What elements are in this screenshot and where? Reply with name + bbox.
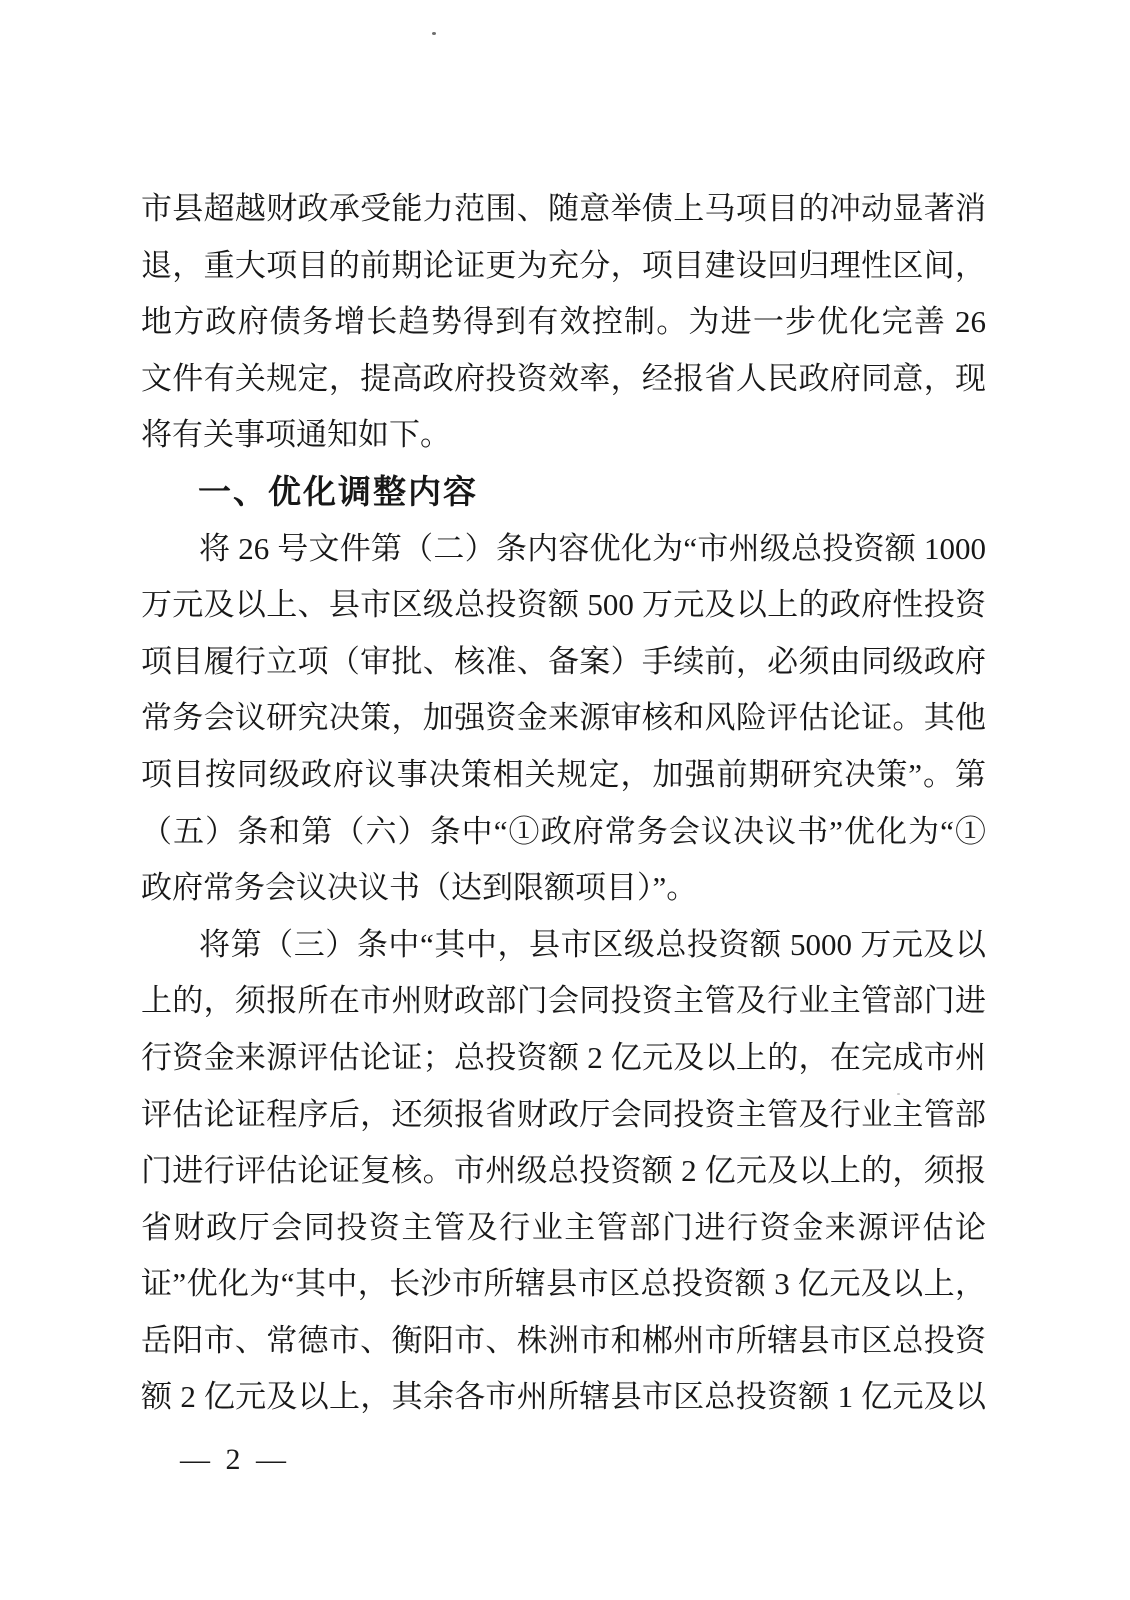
body-line: 文件有关规定，提高政府投资效率，经报省人民政府同意，现: [141, 351, 986, 408]
body-line: 证”优化为“其中，长沙市所辖县市区总投资额 3 亿元及以上，: [141, 1256, 986, 1313]
scan-speck: [432, 32, 436, 35]
body-line: （五）条和第（六）条中“①政府常务会议决议书”优化为“①: [141, 804, 986, 861]
body-line: 门进行评估论证复核。市州级总投资额 2 亿元及以上的，须报: [141, 1143, 986, 1200]
page-number: — 2 —: [180, 1438, 290, 1482]
body-line: 省财政厅会同投资主管及行业主管部门进行资金来源评估论: [141, 1200, 986, 1257]
body-line: 上的，须报所在市州财政部门会同投资主管及行业主管部门进: [141, 973, 986, 1030]
body-line: 地方政府债务增长趋势得到有效控制。为进一步优化完善 26 号: [141, 294, 986, 351]
section-heading: 一、优化调整内容: [141, 464, 986, 521]
body-line: 项目按同级政府议事决策相关规定，加强前期研究决策”。第: [141, 747, 986, 804]
body-line: 评估论证程序后，还须报省财政厅会同投资主管及行业主管部: [141, 1087, 986, 1144]
body-line: 市县超越财政承受能力范围、随意举债上马项目的冲动显著消: [141, 181, 986, 238]
paragraph-start: 将 26 号文件第（二）条内容优化为“市州级总投资额 1000: [141, 521, 986, 578]
body-line: 额 2 亿元及以上，其余各市州所辖县市区总投资额 1 亿元及以: [141, 1369, 986, 1426]
document-page: 市县超越财政承受能力范围、随意举债上马项目的冲动显著消 退，重大项目的前期论证更…: [0, 0, 1130, 1600]
body-line: 行资金来源评估论证；总投资额 2 亿元及以上的，在完成市州: [141, 1030, 986, 1087]
body-line: 政府常务会议决议书（达到限额项目）”。: [141, 860, 986, 917]
paragraph-start: 将第（三）条中“其中，县市区级总投资额 5000 万元及以: [141, 917, 986, 974]
document-body: 市县超越财政承受能力范围、随意举债上马项目的冲动显著消 退，重大项目的前期论证更…: [141, 181, 986, 1426]
body-line: 项目履行立项（审批、核准、备案）手续前，必须由同级政府: [141, 634, 986, 691]
body-line: 退，重大项目的前期论证更为充分，项目建设回归理性区间，: [141, 238, 986, 295]
body-line: 万元及以上、县市区级总投资额 500 万元及以上的政府性投资: [141, 577, 986, 634]
body-line: 常务会议研究决策，加强资金来源审核和风险评估论证。其他: [141, 690, 986, 747]
body-line: 岳阳市、常德市、衡阳市、株洲市和郴州市所辖县市区总投资: [141, 1313, 986, 1370]
body-line: 将有关事项通知如下。: [141, 407, 986, 464]
